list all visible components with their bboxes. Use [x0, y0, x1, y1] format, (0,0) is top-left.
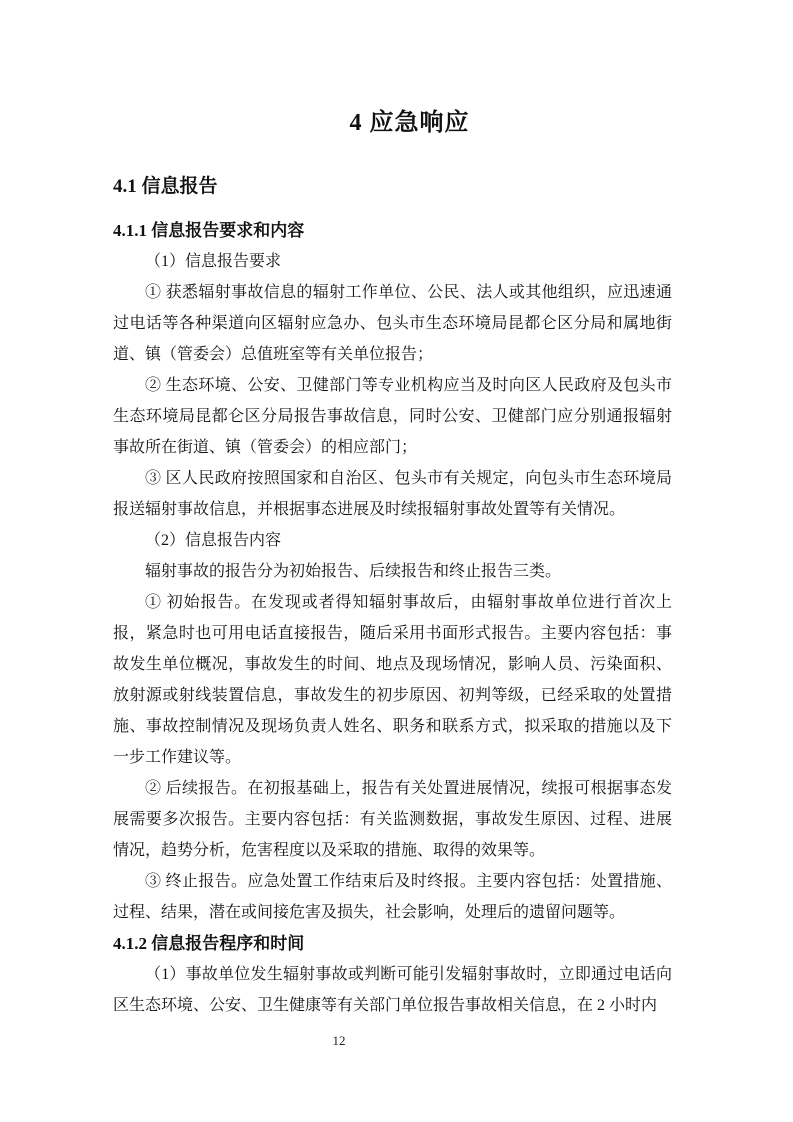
paragraph-final-report: ③ 终止报告。应急处置工作结束后及时终报。主要内容包括：处置措施、过程、结果，潜… [113, 866, 672, 928]
paragraph-report-procedure-1: （1）事故单位发生辐射事故或判断可能引发辐射事故时，立即通过电话向区生态环境、公… [113, 959, 672, 1021]
paragraph-report-requirement-3: ③ 区人民政府按照国家和自治区、包头市有关规定，向包头市生态环境局报送辐射事故信… [113, 463, 672, 525]
paragraph-initial-report: ① 初始报告。在发现或者得知辐射事故后，由辐射事故单位进行首次上报，紧急时也可用… [113, 587, 672, 773]
paragraph-info-report-content-label: （2）信息报告内容 [113, 525, 672, 556]
paragraph-followup-report: ② 后续报告。在初报基础上，报告有关处置进展情况，续报可根据事态发展需要多次报告… [113, 773, 672, 866]
section-heading-4-1-2: 4.1.2 信息报告程序和时间 [113, 928, 672, 959]
paragraph-report-requirement-2: ② 生态环境、公安、卫健部门等专业机构应当及时向区人民政府及包头市生态环境局昆都… [113, 370, 672, 463]
document-page: 4 应急响应 4.1 信息报告 4.1.1 信息报告要求和内容 （1）信息报告要… [0, 0, 793, 1122]
page-content: 4 应急响应 4.1 信息报告 4.1.1 信息报告要求和内容 （1）信息报告要… [0, 0, 793, 1021]
paragraph-report-types: 辐射事故的报告分为初始报告、后续报告和终止报告三类。 [113, 556, 672, 587]
page-number: 12 [322, 1033, 356, 1049]
section-heading-4-1: 4.1 信息报告 [113, 171, 672, 202]
paragraph-info-report-requirements-label: （1）信息报告要求 [113, 246, 672, 277]
chapter-title: 4 应急响应 [130, 106, 689, 140]
section-heading-4-1-1: 4.1.1 信息报告要求和内容 [113, 215, 672, 246]
paragraph-report-requirement-1: ① 获悉辐射事故信息的辐射工作单位、公民、法人或其他组织，应迅速通过电话等各种渠… [113, 277, 672, 370]
